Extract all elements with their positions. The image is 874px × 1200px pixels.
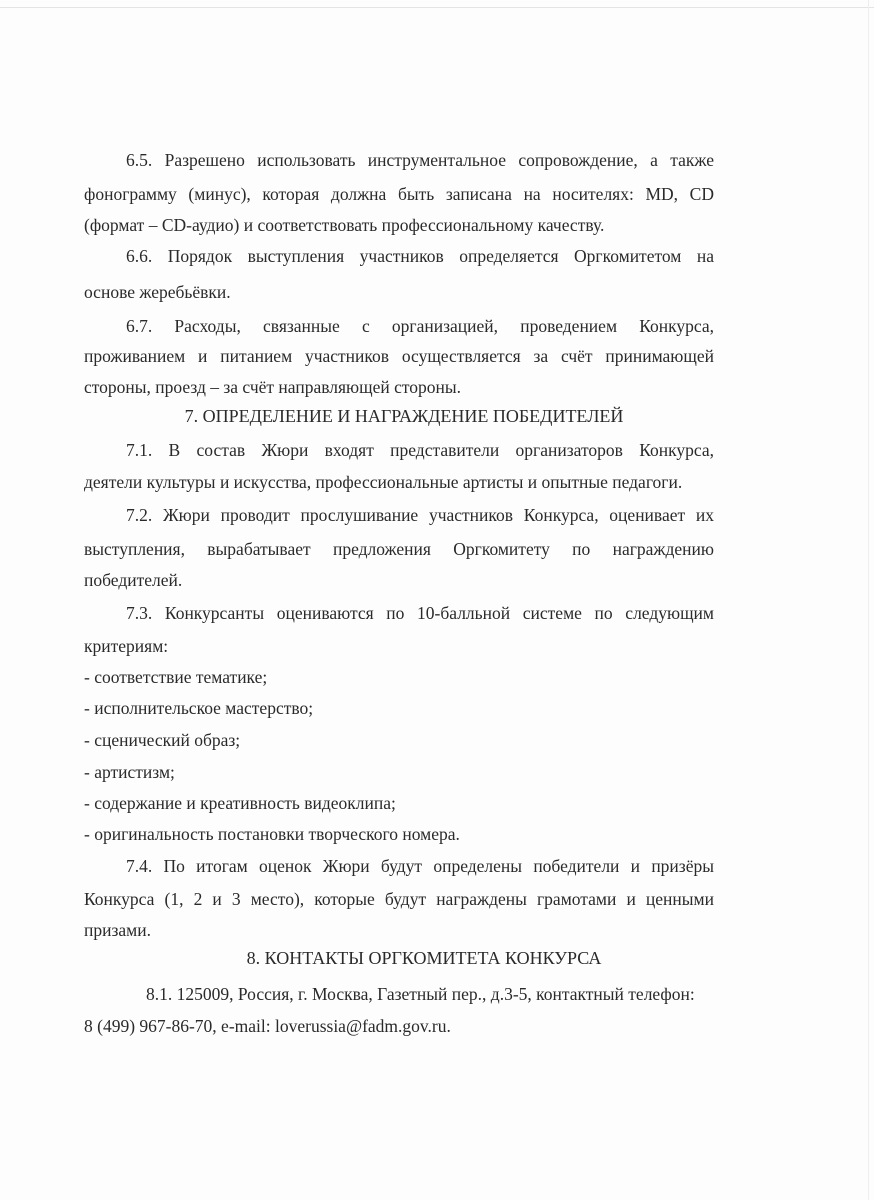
paragraph-7-4-line-1: 7.4. По итогам оценок Жюри будут определ…	[126, 856, 714, 876]
criteria-item: - артистизм;	[84, 762, 175, 782]
paragraph-8-1-line-1: 8.1. 125009, Россия, г. Москва, Газетный…	[146, 984, 734, 1004]
paragraph-8-1-line-2: 8 (499) 967-86-70, e-mail: loverussia@fa…	[84, 1016, 451, 1036]
paragraph-6-5-line-1: 6.5. Разрешено использовать инструментал…	[126, 150, 714, 170]
paragraph-6-7-line-3: стороны, проезд – за счёт направляющей с…	[84, 377, 461, 397]
paragraph-6-7-line-1: 6.7. Расходы, связанные с организацией, …	[126, 316, 714, 336]
paragraph-7-2-line-3: победителей.	[84, 570, 182, 590]
paragraph-7-1-line-2: деятели культуры и искусства, профессион…	[84, 472, 682, 492]
paragraph-7-3-line-2: критериям:	[84, 636, 168, 656]
paragraph-7-1-line-1: 7.1. В состав Жюри входят представители …	[126, 440, 714, 460]
criteria-item: - исполнительское мастерство;	[84, 698, 313, 718]
section-8-heading: 8. КОНТАКТЫ ОРГКОМИТЕТА КОНКУРСА	[104, 948, 744, 968]
paragraph-6-6-line-1: 6.6. Порядок выступления участников опре…	[126, 246, 714, 266]
paragraph-7-4-line-2: Конкурса (1, 2 и 3 место), которые будут…	[84, 889, 714, 909]
section-7-heading: 7. ОПРЕДЕЛЕНИЕ И НАГРАЖДЕНИЕ ПОБЕДИТЕЛЕЙ	[84, 406, 724, 426]
paragraph-7-3-line-1: 7.3. Конкурсанты оцениваются по 10-балль…	[126, 603, 714, 623]
scan-edge-top	[0, 7, 874, 8]
paragraph-6-5-line-3: (формат – CD-аудио) и соответствовать пр…	[84, 215, 604, 235]
paragraph-6-5-line-2: фонограмму (минус), которая должна быть …	[84, 184, 714, 204]
scan-edge-right	[868, 0, 869, 1200]
paragraph-7-2-line-1: 7.2. Жюри проводит прослушивание участни…	[126, 505, 714, 525]
paragraph-6-7-line-2: проживанием и питанием участников осущес…	[84, 346, 714, 366]
criteria-item: - оригинальность постановки творческого …	[84, 824, 460, 844]
criteria-item: - сценический образ;	[84, 730, 240, 750]
paragraph-7-4-line-3: призами.	[84, 920, 151, 940]
paragraph-7-2-line-2: выступления, вырабатывает предложения Ор…	[84, 539, 714, 559]
paragraph-6-6-line-2: основе жеребьёвки.	[84, 282, 231, 302]
criteria-item: - содержание и креативность видеоклипа;	[84, 793, 396, 813]
criteria-item: - соответствие тематике;	[84, 667, 267, 687]
